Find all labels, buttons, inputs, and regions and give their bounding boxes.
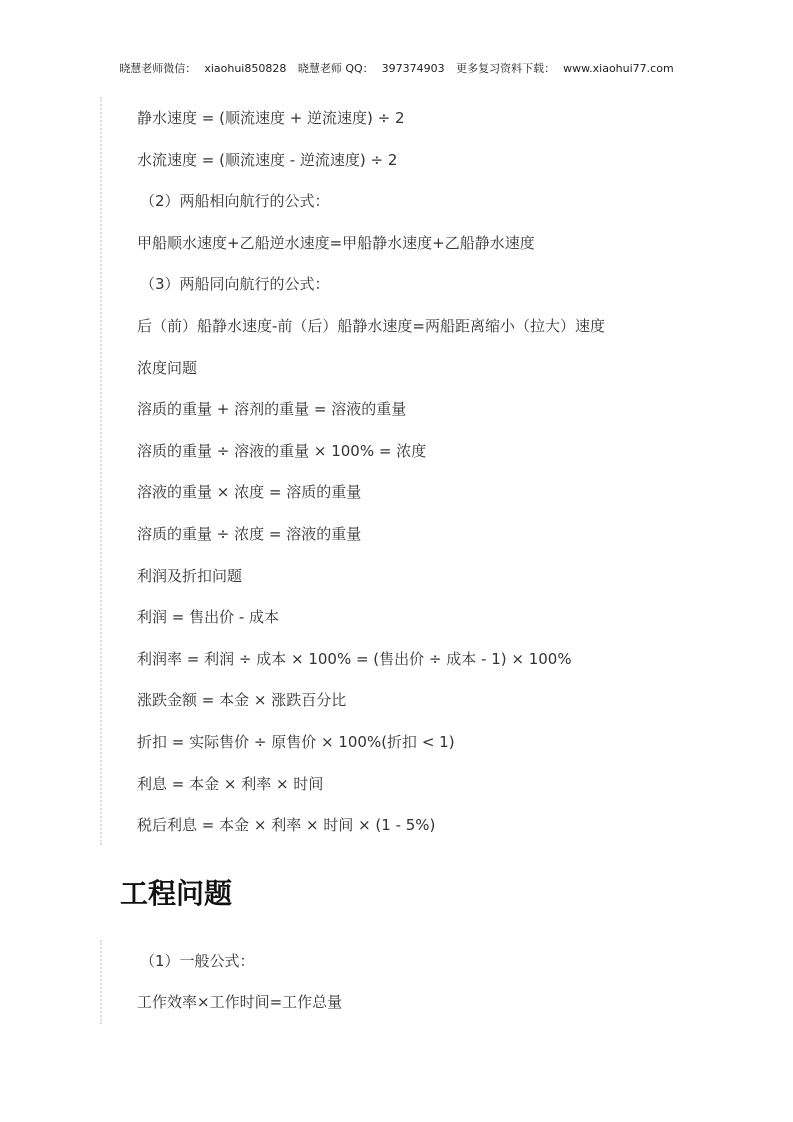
quote-border-1 — [100, 97, 102, 845]
download-label: 更多复习资料下载： — [456, 62, 555, 75]
wechat-label: 晓慧老师微信： — [119, 62, 196, 75]
formula-line: 利润率 = 利润 ÷ 成本 × 100% = (售出价 ÷ 成本 - 1) × … — [137, 649, 572, 669]
topic-title: 浓度问题 — [137, 358, 197, 378]
formula-line: 后（前）船静水速度-前（后）船静水速度=两船距离缩小（拉大）速度 — [137, 316, 605, 336]
formula-line: 水流速度 = (顺流速度 - 逆流速度) ÷ 2 — [137, 150, 397, 170]
subheading-line: （1）一般公式： — [140, 951, 255, 971]
formula-line: 静水速度 = (顺流速度 + 逆流速度) ÷ 2 — [137, 108, 405, 128]
subheading-line: （3）两船同向航行的公式： — [140, 274, 330, 294]
qq-number: 397374903 — [382, 62, 445, 75]
formula-line: 工作效率×工作时间=工作总量 — [137, 992, 342, 1012]
formula-line: 溶质的重量 + 溶剂的重量 = 溶液的重量 — [137, 399, 406, 419]
page-header: 晓慧老师微信：xiaohui850828 晓慧老师 QQ：397374903 更… — [0, 60, 793, 76]
formula-line: 溶液的重量 × 浓度 = 溶质的重量 — [137, 482, 361, 502]
wechat-id: xiaohui850828 — [204, 62, 286, 75]
formula-line: 利息 = 本金 × 利率 × 时间 — [137, 774, 323, 794]
formula-line: 税后利息 = 本金 × 利率 × 时间 × (1 - 5%) — [137, 815, 435, 835]
formula-line: 甲船顺水速度+乙船逆水速度=甲船静水速度+乙船静水速度 — [137, 233, 535, 253]
section-heading: 工程问题 — [120, 872, 232, 912]
qq-label: 晓慧老师 QQ： — [298, 62, 374, 75]
formula-line: 溶质的重量 ÷ 浓度 = 溶液的重量 — [137, 524, 361, 544]
website-link[interactable]: www.xiaohui77.com — [563, 62, 674, 75]
formula-line: 折扣 = 实际售价 ÷ 原售价 × 100%(折扣 < 1) — [137, 732, 455, 752]
subheading-line: （2）两船相向航行的公式： — [140, 191, 330, 211]
formula-line: 溶质的重量 ÷ 溶液的重量 × 100% = 浓度 — [137, 441, 426, 461]
formula-line: 涨跌金额 = 本金 × 涨跌百分比 — [137, 690, 346, 710]
quote-border-2 — [100, 940, 102, 1024]
formula-line: 利润 = 售出价 - 成本 — [137, 607, 279, 627]
topic-title: 利润及折扣问题 — [137, 566, 242, 586]
